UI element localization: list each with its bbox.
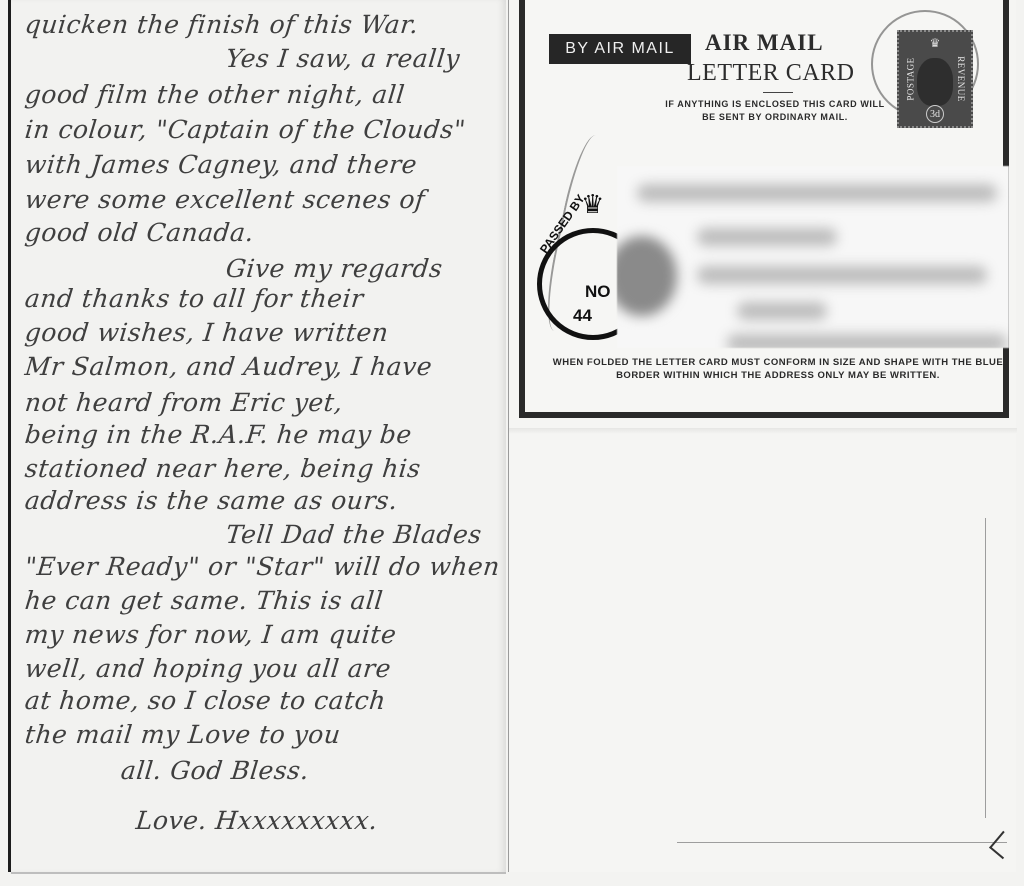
letter-line: were some excellent scenes of: [23, 185, 426, 215]
enclosure-warning: IF ANYTHING IS ENCLOSED THIS CARD WILL B…: [665, 98, 885, 124]
stamp-postage-text: POSTAGE: [906, 57, 916, 100]
letter-line: being in the R.A.F. he may be: [23, 420, 413, 450]
stamp-value: 3d: [926, 105, 944, 123]
bottom-flap-edge: [677, 842, 1007, 843]
inner-flap-edge: [985, 518, 986, 818]
letter-line: the mail my Love to you: [23, 720, 342, 750]
card-title-letter-card: LETTER CARD: [687, 60, 855, 87]
letter-line: not heard from Eric yet,: [23, 388, 344, 418]
letter-line: in colour, "Captain of the Clouds": [23, 115, 467, 145]
crown-icon: ♛: [930, 36, 941, 51]
king-portrait-icon: [917, 58, 953, 106]
folding-instructions: WHEN FOLDED THE LETTER CARD MUST CONFORM…: [543, 356, 1013, 382]
redacted-address-block: [617, 166, 1009, 348]
letter-line: Yes I saw, a really: [224, 44, 461, 74]
letter-line: he can get same. This is all: [23, 586, 384, 616]
letter-line: well, and hoping you all are: [23, 654, 392, 684]
fold-crease: [509, 428, 1017, 434]
by-air-mail-label: BY AIR MAIL: [549, 34, 691, 64]
letter-line: "Ever Ready" or "Star" will do when: [23, 552, 501, 582]
letter-line: at home, so I close to catch: [23, 686, 387, 716]
letter-line: Tell Dad the Blades: [224, 520, 483, 550]
card-title-air-mail: AIR MAIL: [705, 30, 824, 56]
letter-line: with James Cagney, and there: [23, 150, 418, 180]
letter-line: stationed near here, being his: [23, 454, 422, 484]
address-border-frame: BY AIR MAIL AIR MAIL LETTER CARD IF ANYT…: [519, 0, 1009, 418]
stamp-revenue-text: REVENUE: [955, 56, 965, 102]
torn-corner: [989, 831, 1017, 859]
scanned-letter-card: quicken the finish of this War. Yes I sa…: [0, 0, 1024, 886]
letter-line: quicken the finish of this War.: [23, 10, 420, 40]
postage-stamp: ♛ POSTAGE REVENUE 3d: [897, 30, 973, 128]
letter-closing: all. God Bless.: [119, 756, 310, 786]
letter-signature: Love. Hxxxxxxxxx.: [134, 806, 379, 836]
letter-line: and thanks to all for their: [23, 284, 365, 314]
letter-line: good film the other night, all: [23, 80, 406, 110]
censor-crown-icon: ♛: [581, 190, 604, 220]
letter-line: Mr Salmon, and Audrey, I have: [23, 352, 433, 382]
title-divider: [763, 92, 793, 93]
letter-line: good old Canada.: [23, 218, 255, 248]
handwritten-letter-panel: quicken the finish of this War. Yes I sa…: [8, 0, 506, 872]
letter-line: good wishes, I have written: [23, 318, 390, 348]
letter-line: my news for now, I am quite: [23, 620, 398, 650]
censor-number: 44: [573, 306, 592, 326]
letter-line: address is the same as ours.: [23, 486, 399, 516]
censor-no-label: NO: [585, 282, 611, 302]
air-mail-card-panel: BY AIR MAIL AIR MAIL LETTER CARD IF ANYT…: [508, 0, 1016, 872]
letter-line: Give my regards: [224, 254, 444, 284]
